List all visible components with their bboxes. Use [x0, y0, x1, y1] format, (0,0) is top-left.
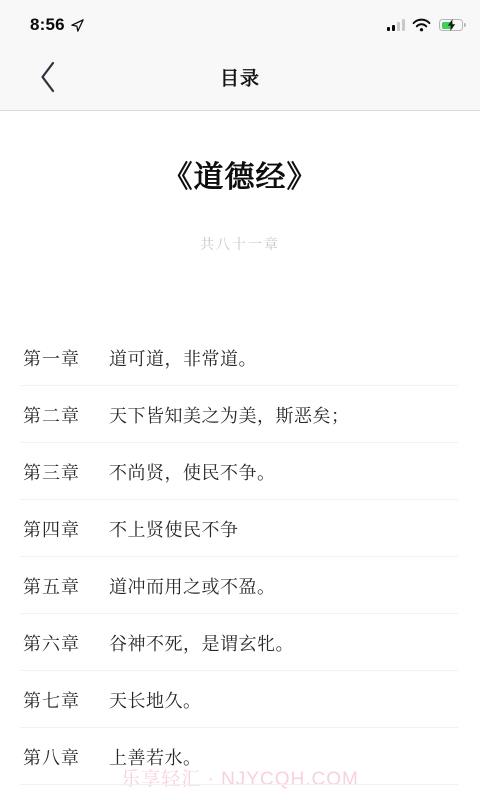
wifi-icon [412, 18, 431, 32]
chapter-number: 第六章 [23, 630, 80, 656]
screen: 8:56 [0, 0, 480, 800]
chapter-number: 第五章 [23, 573, 80, 599]
cellular-signal-icon [387, 19, 405, 31]
nav-bar: 目录 [0, 44, 480, 111]
chapter-list-item[interactable]: 第七章 天长地久。 [0, 671, 480, 728]
chevron-left-icon [40, 61, 55, 93]
chapter-list-item[interactable]: 第二章 天下皆知美之为美，斯恶矣； [0, 386, 480, 443]
chapter-title: 不上贤使民不争 [109, 516, 239, 542]
chapter-title: 不尚贤，使民不争。 [109, 459, 276, 485]
status-time: 8:56 [30, 15, 65, 35]
chapter-title: 道冲而用之或不盈。 [109, 573, 276, 599]
chapter-number: 第三章 [23, 459, 80, 485]
chapter-number: 第二章 [23, 402, 80, 428]
status-bar: 8:56 [0, 0, 480, 44]
chapter-title: 天长地久。 [109, 687, 202, 713]
chapter-number: 第一章 [23, 345, 80, 371]
back-button[interactable] [32, 57, 62, 97]
chapter-list-item[interactable]: 第四章 不上贤使民不争 [0, 500, 480, 557]
chapter-number: 第八章 [23, 744, 80, 770]
chapter-title: 天下皆知美之为美，斯恶矣； [109, 402, 350, 428]
battery-charging-icon [439, 19, 466, 31]
chapter-number: 第四章 [23, 516, 80, 542]
chapter-list: 第一章 道可道，非常道。 第二章 天下皆知美之为美，斯恶矣； 第三章 不尚贤，使… [0, 329, 480, 785]
chapter-list-item[interactable]: 第五章 道冲而用之或不盈。 [0, 557, 480, 614]
chapter-list-item[interactable]: 第六章 谷神不死，是谓玄牝。 [0, 614, 480, 671]
chapter-list-item[interactable]: 第八章 上善若水。 [0, 728, 480, 785]
chapter-number: 第七章 [23, 687, 80, 713]
page-title: 目录 [220, 64, 260, 91]
status-bar-right [387, 18, 466, 32]
book-subtitle: 共八十一章 [0, 235, 480, 253]
chapter-list-item[interactable]: 第三章 不尚贤，使民不争。 [0, 443, 480, 500]
lightning-bolt-icon [447, 19, 456, 31]
chapter-title: 上善若水。 [109, 744, 202, 770]
status-bar-left: 8:56 [30, 15, 85, 35]
chapter-list-item[interactable]: 第一章 道可道，非常道。 [0, 329, 480, 386]
chapter-title: 谷神不死，是谓玄牝。 [109, 630, 294, 656]
chapter-title: 道可道，非常道。 [109, 345, 257, 371]
location-arrow-icon [70, 18, 85, 33]
book-title: 《道德经》 [0, 159, 480, 197]
